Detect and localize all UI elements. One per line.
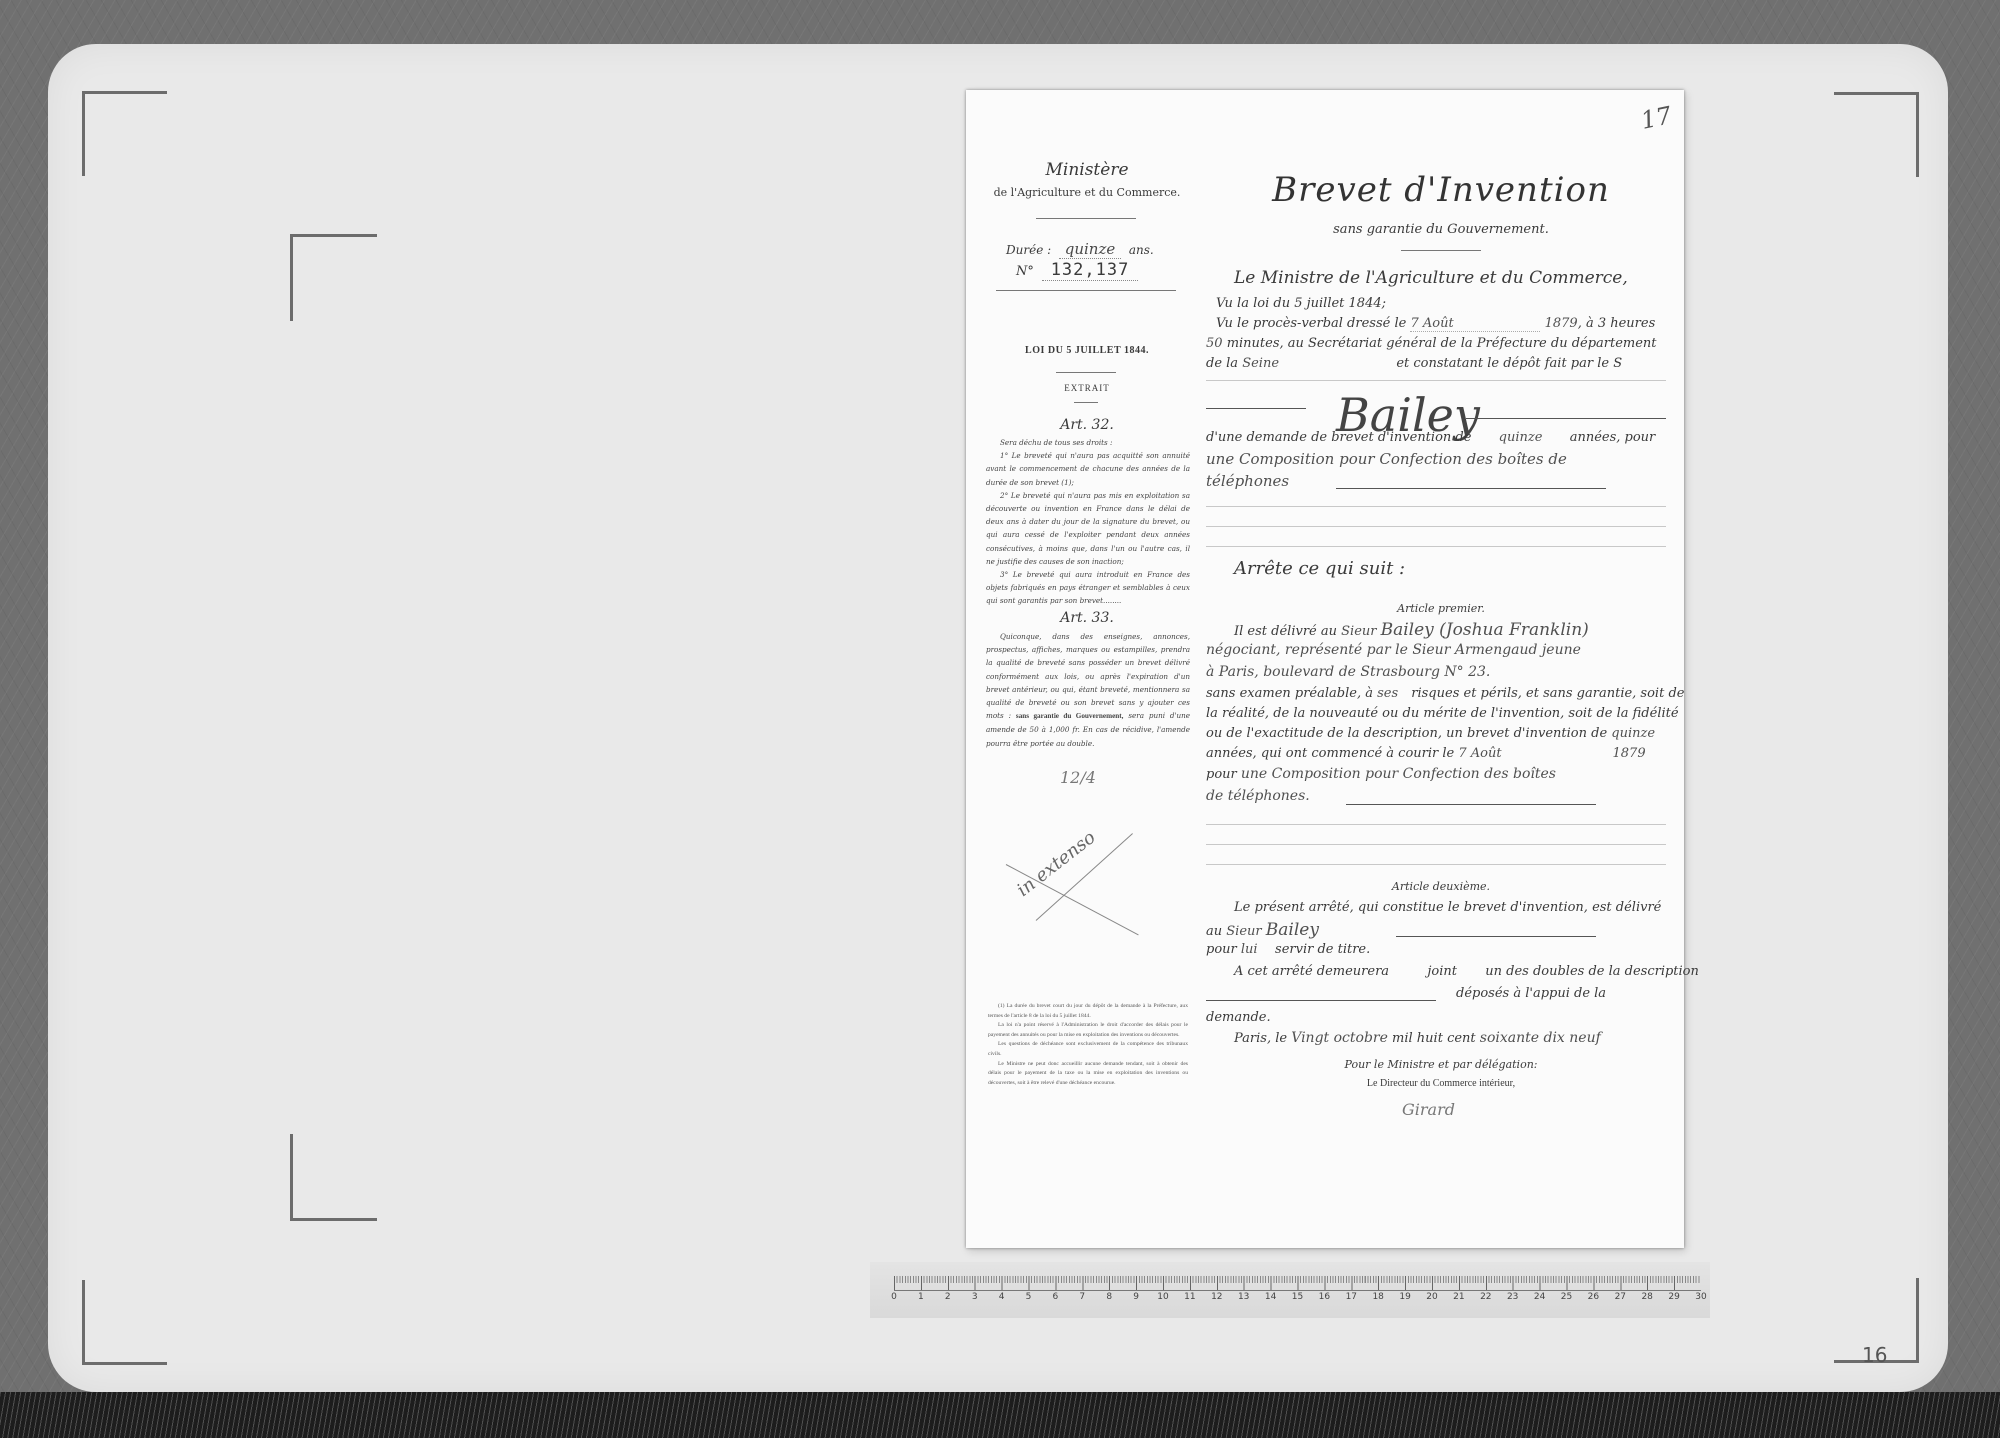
- handwritten-year-words: soixante dix neuf: [1480, 1030, 1601, 1046]
- ornament-divider: [1036, 218, 1136, 219]
- law-paragraph: 3° Le breveté qui aura introduit en Fran…: [986, 568, 1190, 608]
- divider: [996, 290, 1176, 291]
- article-1-body-3: ou de l'exactitude de la description, un…: [1206, 726, 1666, 741]
- ruler-label: 22: [1480, 1292, 1491, 1302]
- patent-document: 17 Ministère de l'Agriculture et du Comm…: [966, 90, 1684, 1248]
- footnotes: (1) La durée du brevet court du jour du …: [988, 1002, 1188, 1088]
- ruler-label: 24: [1534, 1292, 1545, 1302]
- law-title: LOI DU 5 JUILLET 1844.: [976, 345, 1198, 356]
- crop-mark-inner-bottom-left: [290, 1134, 377, 1221]
- minister-heading: Le Ministre de l'Agriculture et du Comme…: [1234, 268, 1628, 288]
- article-1-body-4: années, qui ont commencé à courir le 7 A…: [1206, 746, 1666, 761]
- proces-verbal-line: Vu le procès-verbal dressé le 7 Août 187…: [1216, 316, 1676, 332]
- form-line: [1206, 864, 1666, 865]
- article-1-line-2: négociant, représenté par le Sieur Armen…: [1206, 642, 1666, 658]
- text: Il est délivré au: [1234, 624, 1337, 639]
- divider: [1074, 402, 1098, 403]
- article-2-line-6: demande.: [1206, 1010, 1666, 1025]
- crop-mark-inner-top-left: [290, 234, 377, 321]
- duree-label: Durée :: [1006, 243, 1051, 257]
- ruler-label: 13: [1238, 1292, 1249, 1302]
- duree-line: Durée : quinze ans.: [1006, 240, 1154, 259]
- text: minutes, au Secrétariat général de la Pr…: [1227, 336, 1657, 351]
- text: sans examen préalable, à: [1206, 686, 1373, 701]
- ruler-label: 18: [1372, 1292, 1383, 1302]
- article-1-line-3: à Paris, boulevard de Strasbourg N° 23.: [1206, 664, 1666, 680]
- ruler-label: 28: [1641, 1292, 1652, 1302]
- handwritten-name: Bailey: [1266, 920, 1319, 940]
- article-1-line-1: Il est délivré au Sieur Bailey (Joshua F…: [1234, 620, 1694, 640]
- article-32-text: Sera déchu de tous ses droits : 1° Le br…: [986, 436, 1190, 608]
- text: et constatant le dépôt fait par le S: [1396, 356, 1622, 371]
- handwritten-invention: une Composition pour Confection des boît…: [1241, 766, 1556, 782]
- signature-line-1: Pour le Ministre et par délégation:: [1206, 1058, 1676, 1071]
- mount-page-number: 16: [1862, 1343, 1887, 1367]
- ruler-label: 25: [1561, 1292, 1572, 1302]
- article-2-line-5: déposés à l'appui de la: [1456, 986, 1916, 1001]
- article-33-heading: Art. 33.: [976, 610, 1198, 626]
- margin-note: 12/4: [1060, 768, 1096, 787]
- text: de la: [1206, 356, 1238, 371]
- crop-mark-top-left: [82, 91, 167, 176]
- form-line: [1206, 1000, 1436, 1001]
- measurement-ruler: 0 1 2 3 4 5 6 7 8 9 10 11 12 13 14 15 16…: [870, 1262, 1710, 1318]
- form-line: [1206, 824, 1666, 825]
- ministry-subtitle: de l'Agriculture et du Commerce.: [976, 186, 1198, 199]
- ruler-label: 26: [1588, 1292, 1599, 1302]
- article-1-invention-2: de téléphones.: [1206, 788, 1666, 804]
- ornament-divider: [1401, 250, 1481, 251]
- footnote: (1) La durée du brevet court du jour du …: [988, 1002, 1188, 1021]
- footnote: Le Ministre ne peut donc accueillir aucu…: [988, 1060, 1188, 1089]
- text: A cet arrêté demeurera: [1234, 964, 1389, 979]
- ruler-label: 8: [1106, 1292, 1112, 1302]
- handwritten-minutes: 50: [1206, 336, 1223, 351]
- ruler-label: 20: [1426, 1292, 1437, 1302]
- ruler-label: 21: [1453, 1292, 1464, 1302]
- ruler-label: 29: [1668, 1292, 1679, 1302]
- ruler-label: 4: [999, 1292, 1005, 1302]
- text: un des doubles de la description: [1485, 964, 1699, 979]
- numero-label: N°: [1016, 264, 1034, 279]
- handwritten-ses: ses: [1377, 686, 1407, 701]
- ruler-label: 19: [1399, 1292, 1410, 1302]
- law-paragraph: Quiconque, dans des enseignes, annonces,…: [986, 630, 1190, 750]
- arrete-heading: Arrête ce qui suit :: [1234, 558, 1405, 579]
- text: années, qui ont commencé à courir le: [1206, 746, 1454, 761]
- document-subtitle: sans garantie du Gouvernement.: [1206, 222, 1676, 237]
- scanner-edge-strip: [0, 1392, 2000, 1438]
- law-paragraph: 2° Le breveté qui n'aura pas mis en expl…: [986, 489, 1190, 568]
- ruler-label: 12: [1211, 1292, 1222, 1302]
- text: Vu le procès-verbal dressé le: [1216, 316, 1406, 331]
- department-line: de la Seine et constatant le dépôt fait …: [1206, 356, 1666, 371]
- ruler-label: 11: [1184, 1292, 1195, 1302]
- article-2-heading: Article deuxième.: [1206, 880, 1676, 893]
- handwritten-sieur: Sieur: [1341, 624, 1376, 639]
- text: risques et périls, et sans garantie, soi…: [1411, 686, 1684, 701]
- vu-loi-line: Vu la loi du 5 juillet 1844;: [1216, 296, 1676, 311]
- form-line: [1206, 380, 1666, 381]
- text: joint: [1427, 964, 1457, 979]
- ruler-label: 14: [1265, 1292, 1276, 1302]
- article-2-line-3: pour lui servir de titre.: [1206, 942, 1666, 957]
- text: servir de titre.: [1275, 942, 1370, 957]
- text: Paris, le: [1234, 1031, 1287, 1046]
- handwritten-duration: quinze: [1611, 726, 1655, 741]
- article-1-heading: Article premier.: [1206, 602, 1676, 615]
- text: au: [1206, 924, 1222, 939]
- article-1-invention-1: pour une Composition pour Confection des…: [1206, 766, 1666, 782]
- form-line: [1346, 804, 1596, 805]
- handwritten-duration: quinze: [1476, 430, 1566, 445]
- form-line: [1336, 488, 1606, 489]
- law-text-span: Quiconque, dans des enseignes, annonces,…: [986, 632, 1190, 720]
- ruler-label: 27: [1615, 1292, 1626, 1302]
- minutes-line: 50 minutes, au Secrétariat général de la…: [1206, 336, 1666, 351]
- ruler-label: 3: [972, 1292, 978, 1302]
- text: ou de l'exactitude de la description, un…: [1206, 726, 1607, 741]
- ruler-label: 7: [1079, 1292, 1085, 1302]
- article-2-line-1: Le présent arrêté, qui constitue le brev…: [1234, 900, 1694, 915]
- article-2-line-4: A cet arrêté demeurera joint un des doub…: [1234, 964, 1694, 979]
- form-line: [1396, 936, 1596, 937]
- article-1-body-2: la réalité, de la nouveauté ou du mérite…: [1206, 706, 1666, 721]
- ruler-label: 9: [1133, 1292, 1139, 1302]
- text: années, pour: [1570, 430, 1656, 445]
- form-line: [1466, 418, 1666, 419]
- law-paragraph: Sera déchu de tous ses droits :: [986, 436, 1190, 449]
- ruler-labels: 0 1 2 3 4 5 6 7 8 9 10 11 12 13 14 15 16…: [894, 1292, 1714, 1308]
- handwritten-full-name: Bailey (Joshua Franklin): [1381, 620, 1589, 640]
- law-emphasis: sans garantie du Gouvernement,: [1016, 712, 1124, 720]
- text: , à 3 heures: [1578, 316, 1656, 331]
- handwritten-date: 7 Août: [1410, 316, 1540, 332]
- form-line: [1206, 408, 1306, 409]
- handwritten-year: 1879: [1545, 316, 1578, 331]
- director-signature: Girard: [1402, 1100, 1455, 1119]
- handwritten-year: 1879: [1613, 746, 1646, 761]
- article-32-heading: Art. 32.: [976, 417, 1198, 433]
- article-2-line-2: au Sieur Bailey: [1206, 920, 1666, 940]
- handwritten-date: 7 Août: [1458, 746, 1608, 761]
- crop-mark-bottom-left: [82, 1280, 167, 1365]
- ruler-label: 1: [918, 1292, 924, 1302]
- ruler-label: 10: [1157, 1292, 1168, 1302]
- signature-line-2: Le Directeur du Commerce intérieur,: [1206, 1078, 1676, 1089]
- handwritten-department: Seine: [1242, 356, 1392, 371]
- footnote: La loi n'a point réservé à l'Administrat…: [988, 1021, 1188, 1040]
- invention-line-1: une Composition pour Confection des boît…: [1206, 450, 1666, 468]
- handwritten-sieur: Sieur: [1226, 924, 1261, 939]
- handwritten-day-month: Vingt octobre: [1291, 1030, 1388, 1046]
- ruler-label: 5: [1026, 1292, 1032, 1302]
- article-33-text: Quiconque, dans des enseignes, annonces,…: [986, 630, 1190, 750]
- ruler-label: 6: [1053, 1292, 1059, 1302]
- form-line: [1206, 526, 1666, 527]
- numero-line: N° 132,137: [1016, 260, 1138, 281]
- ruler-label: 2: [945, 1292, 951, 1302]
- form-line: [1206, 546, 1666, 547]
- form-line: [1206, 506, 1666, 507]
- patent-number: 132,137: [1042, 260, 1138, 281]
- ruler-label: 16: [1319, 1292, 1330, 1302]
- law-paragraph: 1° Le breveté qui n'aura pas acquitté so…: [986, 449, 1190, 489]
- demande-line: d'une demande de brevet d'invention de q…: [1206, 430, 1666, 445]
- document-folio: 17: [1639, 101, 1675, 135]
- text: d'une demande de brevet d'invention de: [1206, 430, 1471, 445]
- text: mil huit cent: [1392, 1031, 1476, 1046]
- ruler-label: 15: [1292, 1292, 1303, 1302]
- ruler-ticks: [894, 1276, 1701, 1291]
- extrait-label: EXTRAIT: [976, 383, 1198, 393]
- divider: [1056, 372, 1116, 373]
- text: pour: [1206, 767, 1237, 782]
- text: pour: [1206, 942, 1237, 957]
- ruler-label: 30: [1695, 1292, 1706, 1302]
- ruler-label: 23: [1507, 1292, 1518, 1302]
- footnote: Les questions de déchéance sont exclusiv…: [988, 1040, 1188, 1059]
- ruler-label: 0: [891, 1292, 897, 1302]
- form-line: [1206, 844, 1666, 845]
- date-line: Paris, le Vingt octobre mil huit cent so…: [1234, 1030, 1694, 1046]
- article-1-body-1: sans examen préalable, à ses risques et …: [1206, 686, 1666, 701]
- document-title: Brevet d'Invention: [1206, 170, 1676, 210]
- ruler-label: 17: [1346, 1292, 1357, 1302]
- duree-value: quinze: [1059, 240, 1121, 259]
- handwritten-lui: lui: [1241, 942, 1271, 957]
- crop-mark-top-right: [1834, 92, 1919, 177]
- ministry-title: Ministère: [976, 160, 1198, 180]
- duree-unit: ans.: [1129, 243, 1154, 257]
